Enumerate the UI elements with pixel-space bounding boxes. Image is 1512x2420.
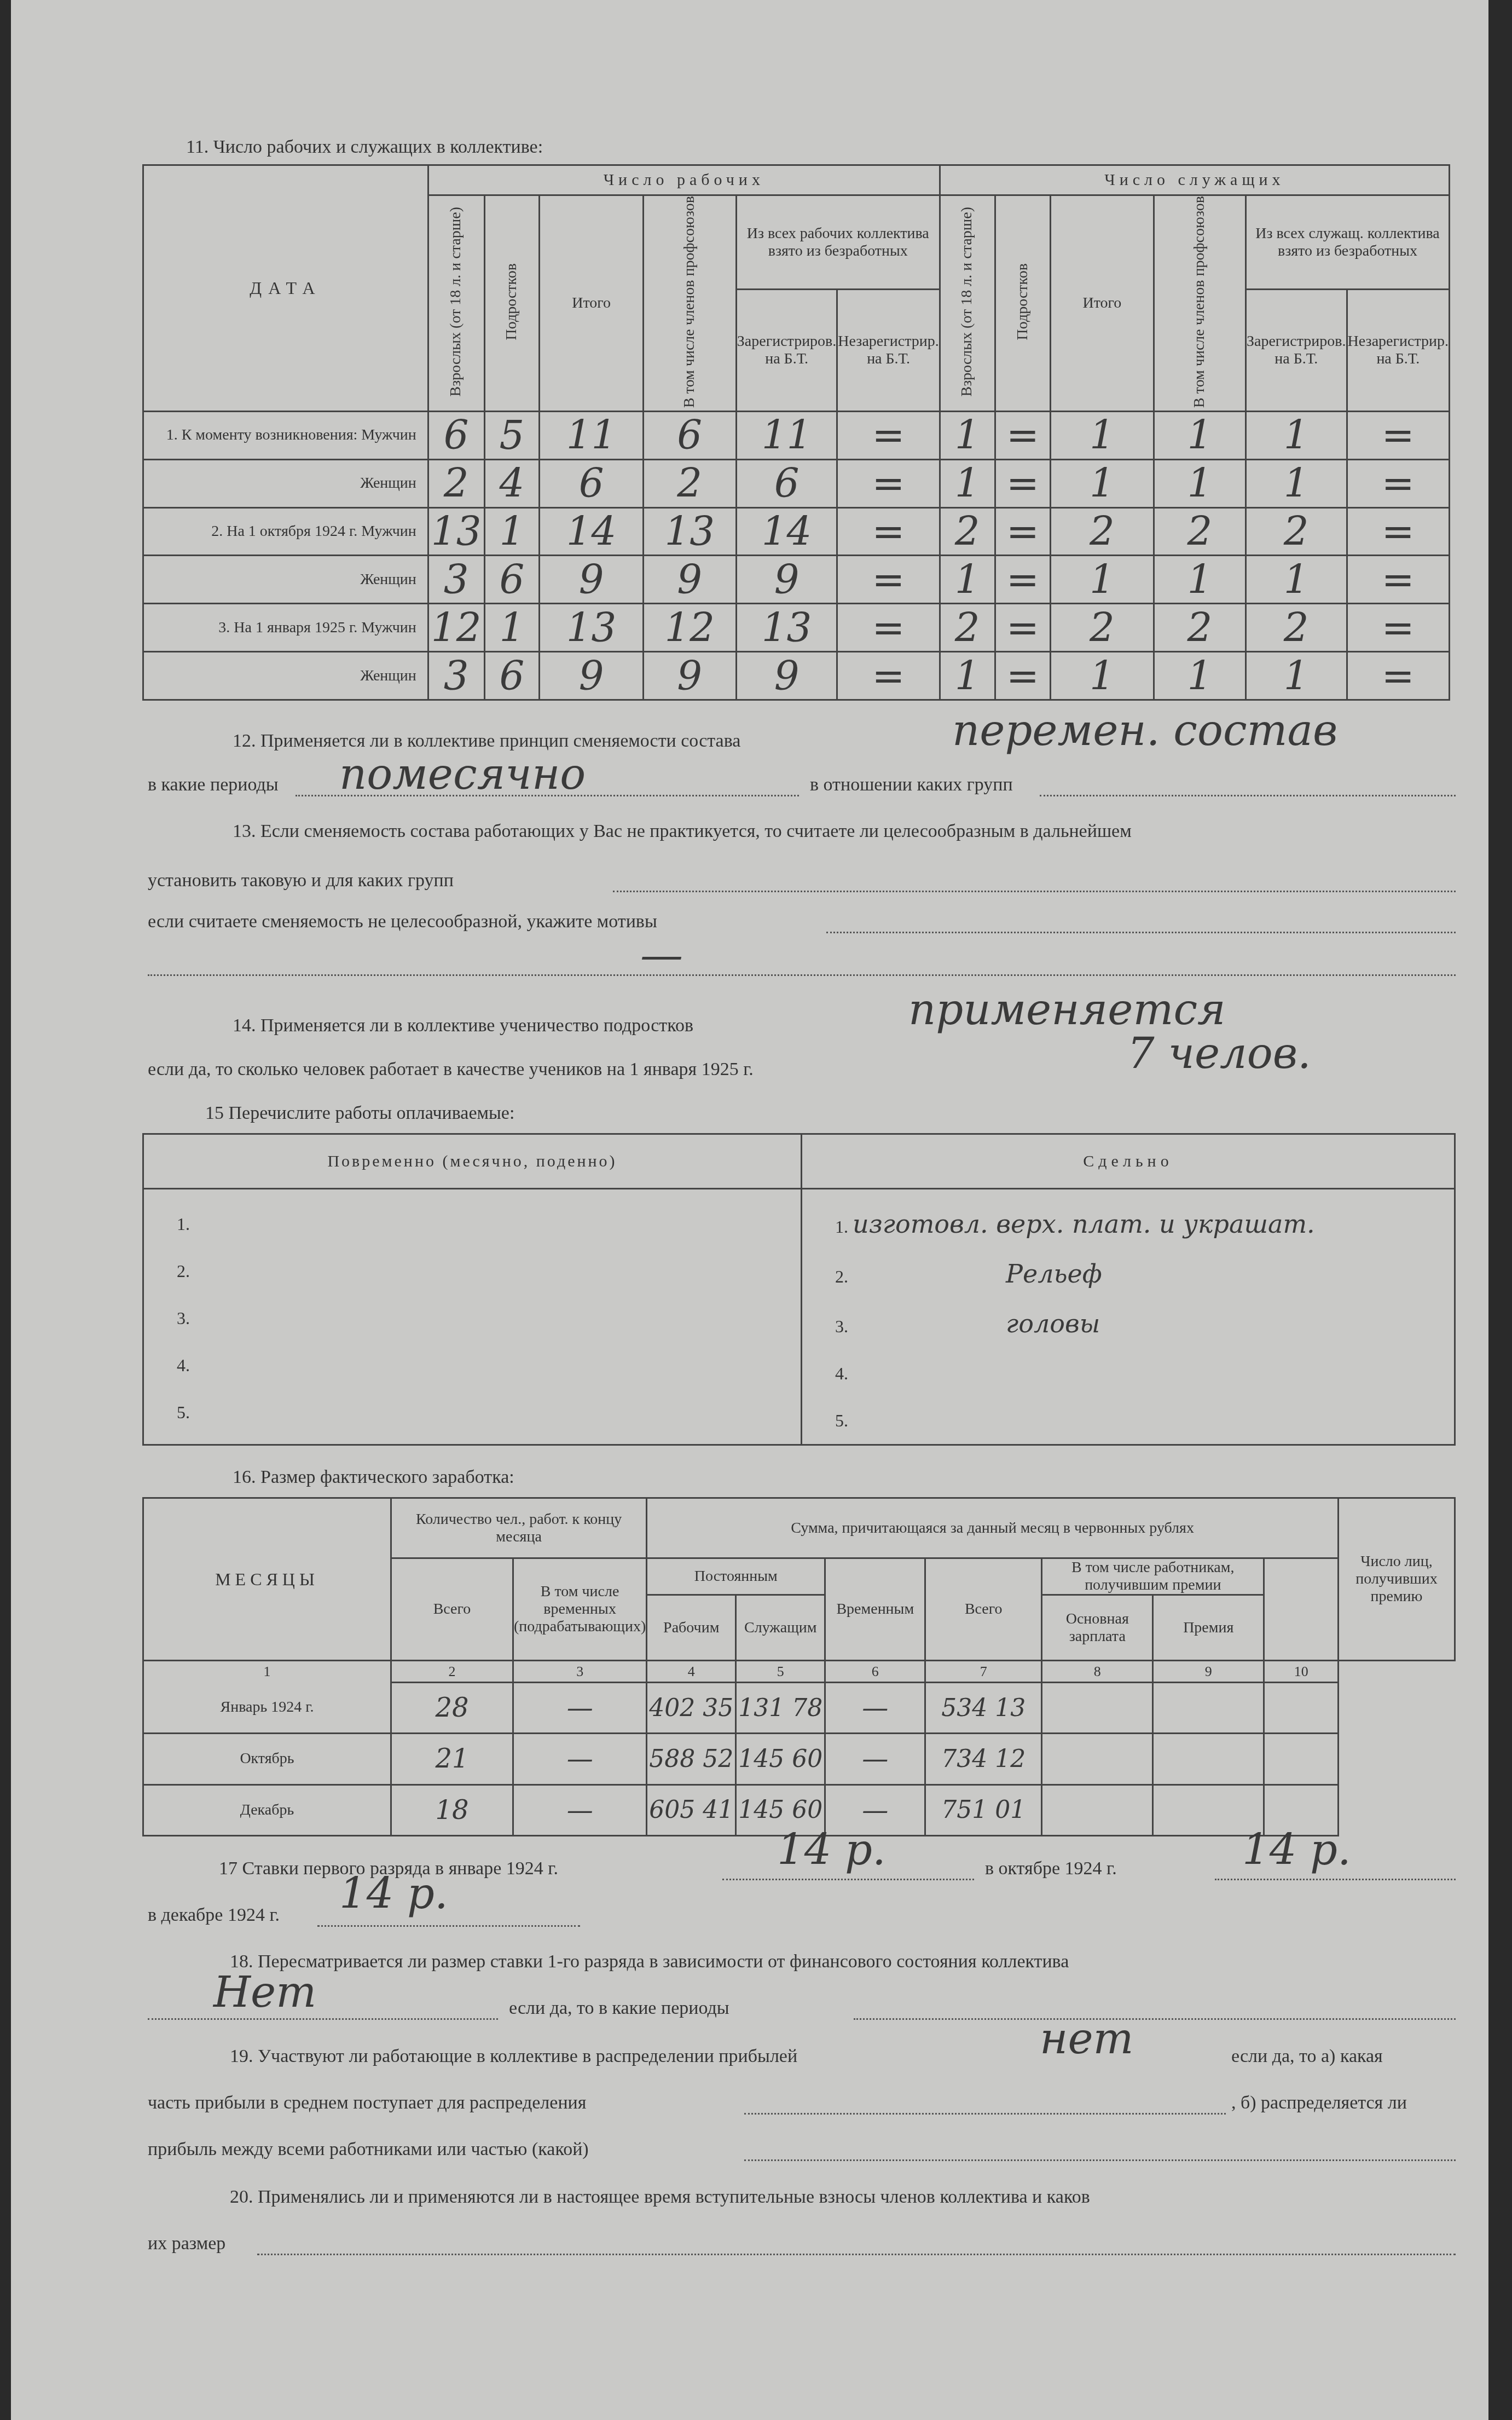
col-union: В том числе членов профсоюзов xyxy=(681,196,698,408)
cell: 1 xyxy=(1245,411,1347,459)
col-months: МЕСЯЦЫ xyxy=(143,1498,391,1661)
col-teens: Подростков xyxy=(503,263,520,340)
col-total: Всего xyxy=(925,1558,1042,1661)
cell: 6 xyxy=(736,459,837,507)
q19-line2 xyxy=(744,2159,1456,2161)
cell: = xyxy=(995,556,1051,604)
col-num: 9 xyxy=(1153,1661,1264,1683)
q17-text2: в октябре 1924 г. xyxy=(985,1858,1117,1879)
employees-unemployed-header: Из всех служащ. коллектива взято из безр… xyxy=(1245,195,1449,290)
q18-line xyxy=(148,2018,498,2020)
cell: 3 xyxy=(428,556,484,604)
col-num: 5 xyxy=(736,1661,825,1683)
cell: = xyxy=(995,604,1051,652)
cell: 9 xyxy=(540,652,643,700)
col-num: 3 xyxy=(513,1661,647,1683)
row-label: Женщин xyxy=(143,652,428,700)
col-total-emp: Итого xyxy=(1051,195,1154,412)
cell: 1 xyxy=(1245,652,1347,700)
cell: 13 xyxy=(643,507,736,556)
row-label: 2. На 1 октября 1924 г. Мужчин xyxy=(143,507,428,556)
col-adults-emp: Взрослых (от 18 л. и старше) xyxy=(959,207,976,397)
q20-line xyxy=(257,2254,1456,2255)
cell: = xyxy=(1347,507,1449,556)
q14-text2: если да, то сколько человек работает в к… xyxy=(148,1059,754,1080)
cell: 1 xyxy=(940,652,995,700)
cell: 13 xyxy=(540,604,643,652)
cell: = xyxy=(995,459,1051,507)
col-temp: Временным xyxy=(825,1558,925,1661)
time-item-1: 1. xyxy=(177,1200,801,1247)
cell: — xyxy=(513,1734,647,1784)
cell: 1 xyxy=(940,411,995,459)
cell: = xyxy=(837,556,940,604)
col-num: 10 xyxy=(1264,1661,1339,1683)
cell: = xyxy=(995,411,1051,459)
cell: 6 xyxy=(540,459,643,507)
q17-answer2: 14 р. xyxy=(1242,1826,1351,1875)
col-num: 2 xyxy=(391,1661,513,1683)
col-bonus-group: В том числе работникам, получившим преми… xyxy=(1042,1558,1264,1595)
cell: 605 41 xyxy=(647,1784,736,1835)
col-number-row: 1 2 3 4 5 6 7 8 9 10 xyxy=(143,1661,1455,1683)
cell: — xyxy=(825,1734,925,1784)
cell: 9 xyxy=(540,556,643,604)
cell: 2 xyxy=(1051,507,1154,556)
cell: 1 xyxy=(940,556,995,604)
col-num: 6 xyxy=(825,1661,925,1683)
cell: 1 xyxy=(484,604,540,652)
q16-title: 16. Размер фактического заработка: xyxy=(233,1467,514,1488)
q17-line3 xyxy=(317,1925,580,1927)
table-row: Январь 1924 г. 28 — 402 35 131 78 — 534 … xyxy=(143,1683,1455,1734)
cell: 13 xyxy=(736,604,837,652)
cell: 12 xyxy=(643,604,736,652)
cell: 751 01 xyxy=(925,1784,1042,1835)
cell: 1 xyxy=(1051,556,1154,604)
col-teens-emp: Подростков xyxy=(1015,263,1032,340)
cell: 1 xyxy=(1245,459,1347,507)
table-row: 1. К моменту возникновения: Мужчин 65116… xyxy=(143,411,1450,459)
col-union-emp: В том числе членов профсоюзов xyxy=(1191,196,1208,408)
cell: 9 xyxy=(643,652,736,700)
q12-answer2: помесячно xyxy=(339,750,586,799)
workers-unemployed-header: Из всех рабочих коллектива взято из безр… xyxy=(736,195,940,290)
q19-text3: часть прибыли в среднем поступает для ра… xyxy=(148,2093,586,2113)
month: Декабрь xyxy=(143,1784,391,1835)
cell: 1 xyxy=(1051,411,1154,459)
cell: 18 xyxy=(391,1784,513,1835)
table-row: Женщин 36999= 1=111= xyxy=(143,652,1450,700)
piece-num-2: 2. xyxy=(835,1267,848,1286)
cell: 11 xyxy=(736,411,837,459)
q18-text: 18. Пересматривается ли размер ставки 1-… xyxy=(230,1951,1069,1972)
col-workers: Рабочим xyxy=(647,1595,736,1661)
q19-answer: нет xyxy=(1040,2014,1134,2064)
cell: 3 xyxy=(428,652,484,700)
workers-table: ДАТА Число рабочих Число служащих Взросл… xyxy=(142,164,1450,701)
cell: 13 xyxy=(428,507,484,556)
cell: 402 35 xyxy=(647,1683,736,1734)
q17-answer3: 14 р. xyxy=(339,1869,448,1919)
cell: = xyxy=(1347,411,1449,459)
cell: 588 52 xyxy=(647,1734,736,1784)
cell: 2 xyxy=(1154,507,1245,556)
piece-item-3: головы xyxy=(853,1309,1100,1338)
cell: — xyxy=(825,1683,925,1734)
piece-num-4: 4. xyxy=(835,1350,1454,1397)
cell: = xyxy=(1347,459,1449,507)
table-row: Женщин 36999= 1=111= xyxy=(143,556,1450,604)
col-base: Основная зарплата xyxy=(1042,1595,1153,1661)
table-row: 3. На 1 января 1925 г. Мужчин 121131213=… xyxy=(143,604,1450,652)
workers-header: Число рабочих xyxy=(428,165,940,195)
cell: 1 xyxy=(1245,556,1347,604)
earnings-table: МЕСЯЦЫ Количество чел., работ. к концу м… xyxy=(142,1497,1456,1836)
cell: 1 xyxy=(940,459,995,507)
cell: = xyxy=(995,652,1051,700)
q12-line2 xyxy=(1040,795,1456,796)
cell: 5 xyxy=(484,411,540,459)
col-count-all: Всего xyxy=(391,1558,513,1661)
col-registered: Зарегистриров. на Б.Т. xyxy=(736,290,837,412)
cell: 1 xyxy=(484,507,540,556)
cell: 1 xyxy=(1154,459,1245,507)
cell: 28 xyxy=(391,1683,513,1734)
cell: = xyxy=(837,411,940,459)
cell: — xyxy=(513,1784,647,1835)
month: Октябрь xyxy=(143,1734,391,1784)
piece-item-1: изготовл. верх. плат. и украшат. xyxy=(853,1209,1315,1239)
table-row: Женщин 24626= 1=111= xyxy=(143,459,1450,507)
time-item-5: 5. xyxy=(177,1389,801,1436)
works-table: Повременно (месячно, поденно) Сдельно 1.… xyxy=(142,1133,1456,1446)
col-total: Итого xyxy=(540,195,643,412)
q18-line2 xyxy=(854,2018,1456,2020)
col-adults: Взрослых (от 18 л. и старше) xyxy=(448,207,465,397)
q19-text5: прибыль между всеми работниками или част… xyxy=(148,2139,589,2160)
month: Январь 1924 г. xyxy=(143,1683,391,1734)
col-unregistered-emp: Незарегистрир. на Б.Т. xyxy=(1347,290,1449,412)
cell: 2 xyxy=(1245,507,1347,556)
q17-line xyxy=(722,1879,974,1880)
col-num: 8 xyxy=(1042,1661,1153,1683)
cell: 145 60 xyxy=(736,1734,825,1784)
cell: = xyxy=(1347,556,1449,604)
q13-line xyxy=(613,891,1456,892)
cell: 1 xyxy=(1051,652,1154,700)
cell: 2 xyxy=(1051,604,1154,652)
cell: — xyxy=(513,1683,647,1734)
q13-line2 xyxy=(826,932,1456,933)
cell: 6 xyxy=(643,411,736,459)
cell: 2 xyxy=(643,459,736,507)
cell: 12 xyxy=(428,604,484,652)
row-label: Женщин xyxy=(143,556,428,604)
cell: 21 xyxy=(391,1734,513,1784)
cell: 1 xyxy=(1154,556,1245,604)
q17-answer: 14 р. xyxy=(777,1826,886,1875)
q15-title: 15 Перечислите работы оплачиваемые: xyxy=(205,1103,514,1124)
piece-item-2: Рельеф xyxy=(853,1259,1102,1289)
q11-title: 11. Число рабочих и служащих в коллектив… xyxy=(186,137,543,158)
col-unregistered: Незарегистрир. на Б.Т. xyxy=(837,290,940,412)
cell: 2 xyxy=(1154,604,1245,652)
q14-answer: применяется xyxy=(908,985,1226,1035)
cell: = xyxy=(995,507,1051,556)
cell: 2 xyxy=(428,459,484,507)
col-time: Повременно (месячно, поденно) xyxy=(143,1134,802,1189)
q18-answer: Нет xyxy=(213,1968,316,2017)
q12-answer: перемен. состав xyxy=(952,706,1337,755)
cell: 11 xyxy=(540,411,643,459)
cell: = xyxy=(1347,652,1449,700)
q13-text2: установить таковую и для каких групп xyxy=(148,870,454,891)
col-num: 4 xyxy=(647,1661,736,1683)
cell: 9 xyxy=(736,652,837,700)
q12-text2: в какие периоды xyxy=(148,775,279,795)
q14-text: 14. Применяется ли в коллективе ученичес… xyxy=(233,1015,693,1036)
cell: 6 xyxy=(484,556,540,604)
time-item-3: 3. xyxy=(177,1295,801,1342)
q12-text: 12. Применяется ли в коллективе принцип … xyxy=(233,731,740,752)
cell: 734 12 xyxy=(925,1734,1042,1784)
q13-line3 xyxy=(148,974,1456,976)
time-item-4: 4. xyxy=(177,1342,801,1389)
cell: = xyxy=(837,459,940,507)
cell: = xyxy=(1347,604,1449,652)
cell: 2 xyxy=(940,507,995,556)
q13-text: 13. Если сменяемость состава работающих … xyxy=(233,821,1132,842)
cell: 4 xyxy=(484,459,540,507)
time-item-2: 2. xyxy=(177,1247,801,1295)
col-count-temp: В том числе временных (подрабатывающих) xyxy=(513,1558,647,1661)
col-num: 1 xyxy=(143,1661,391,1683)
date-header: ДАТА xyxy=(143,165,428,412)
table-row: Октябрь 21 — 588 52 145 60 — 734 12 xyxy=(143,1734,1455,1784)
col-registered-emp: Зарегистриров. на Б.Т. xyxy=(1245,290,1347,412)
piece-num-3: 3. xyxy=(835,1316,848,1336)
cell: 9 xyxy=(643,556,736,604)
q17-line2 xyxy=(1215,1879,1456,1880)
q17-text3: в декабре 1924 г. xyxy=(148,1905,280,1926)
q19-text2: если да, то а) какая xyxy=(1231,2046,1383,2067)
cell: 9 xyxy=(736,556,837,604)
q19-text: 19. Участвуют ли работающие в коллективе… xyxy=(230,2046,797,2067)
col-sum: Сумма, причитающаяся за данный месяц в ч… xyxy=(647,1498,1339,1558)
cell: 14 xyxy=(736,507,837,556)
col-count: Количество чел., работ. к концу месяца xyxy=(391,1498,647,1558)
col-piece: Сдельно xyxy=(802,1134,1455,1189)
cell: 14 xyxy=(540,507,643,556)
cell: 2 xyxy=(940,604,995,652)
cell: 1 xyxy=(1051,459,1154,507)
row-label: Женщин xyxy=(143,459,428,507)
col-bonus-count: Число лиц, получивших премию xyxy=(1339,1498,1455,1661)
q13-answer: — xyxy=(640,931,683,980)
q19-line xyxy=(744,2113,1226,2115)
cell: = xyxy=(837,507,940,556)
cell: = xyxy=(837,652,940,700)
q12-text3: в отношении каких групп xyxy=(810,775,1013,795)
cell: 1 xyxy=(1154,411,1245,459)
col-perm: Постоянным xyxy=(647,1558,825,1595)
cell: 2 xyxy=(1245,604,1347,652)
form-page: 11. Число рабочих и служащих в коллектив… xyxy=(11,0,1488,2420)
q20-text2: их размер xyxy=(148,2233,225,2254)
cell: 1 xyxy=(1154,652,1245,700)
cell: 6 xyxy=(484,652,540,700)
col-employees: Служащим xyxy=(736,1595,825,1661)
cell: = xyxy=(837,604,940,652)
employees-header: Число служащих xyxy=(940,165,1449,195)
q14-answer2: 7 челов. xyxy=(1127,1029,1311,1078)
col-bonus: Премия xyxy=(1153,1595,1264,1661)
cell: 131 78 xyxy=(736,1683,825,1734)
q19-text4: , б) распределяется ли xyxy=(1231,2093,1407,2113)
cell: 534 13 xyxy=(925,1683,1042,1734)
row-label: 1. К моменту возникновения: Мужчин xyxy=(143,411,428,459)
row-label: 3. На 1 января 1925 г. Мужчин xyxy=(143,604,428,652)
q18-text2: если да, то в какие периоды xyxy=(509,1998,729,2019)
table-row: 2. На 1 октября 1924 г. Мужчин 131141314… xyxy=(143,507,1450,556)
q13-text3: если считаете сменяемость не целесообраз… xyxy=(148,911,657,932)
q20-text: 20. Применялись ли и применяются ли в на… xyxy=(230,2187,1090,2208)
col-num: 7 xyxy=(925,1661,1042,1683)
cell: 6 xyxy=(428,411,484,459)
piece-num-5: 5. xyxy=(835,1397,1454,1444)
piece-num-1: 1. xyxy=(835,1217,848,1237)
